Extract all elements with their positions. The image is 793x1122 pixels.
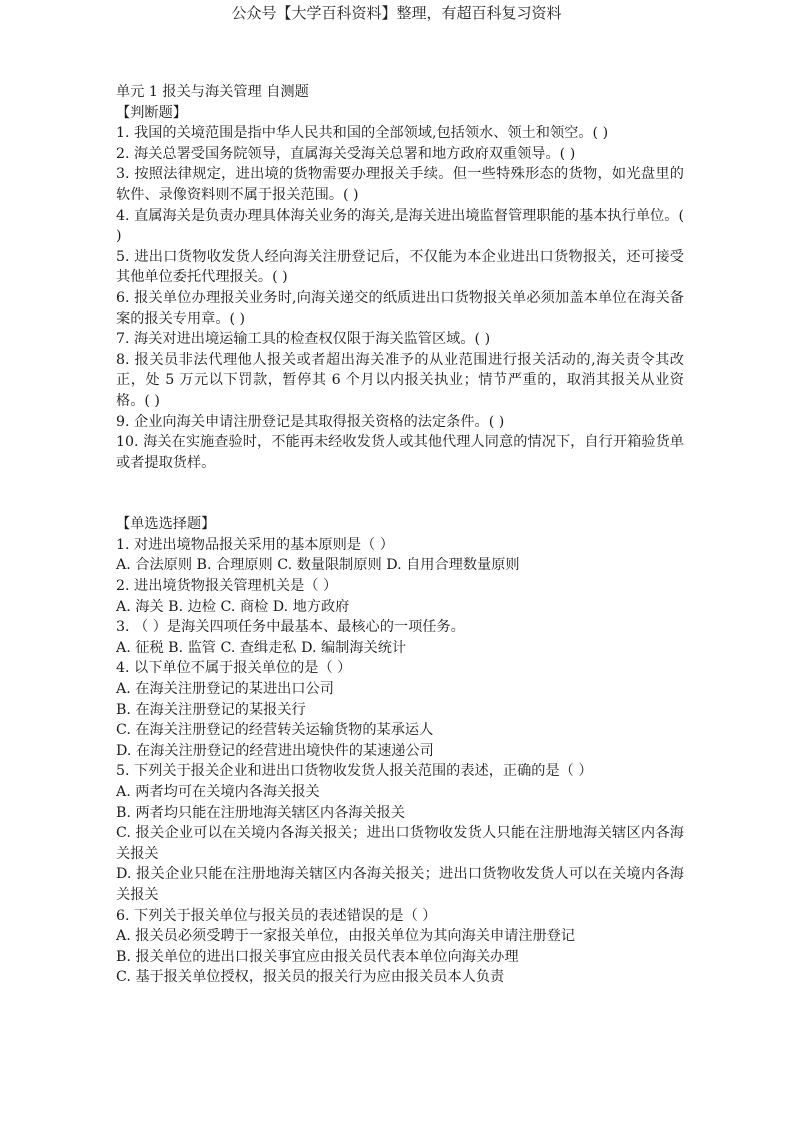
question-option: C. 基于报关单位授权，报关员的报关行为应由报关员本人负责: [116, 967, 684, 988]
question-item: 9. 企业向海关申请注册登记是其取得报关资格的法定条件。( ): [116, 412, 684, 433]
question-options: A. 征税 B. 监管 C. 查缉走私 D. 编制海关统计: [116, 638, 684, 659]
question-item: 8. 报关员非法代理他人报关或者超出海关准予的从业范围进行报关活动的,海关责令其…: [116, 350, 684, 412]
question-stem: 5. 下列关于报关企业和进出口货物收发货人报关范围的表述，正确的是（ ）: [116, 761, 684, 782]
question-stem: 4. 以下单位不属于报关单位的是（ ）: [116, 658, 684, 679]
question-option: B. 两者均只能在注册地海关辖区内各海关报关: [116, 803, 684, 824]
question-stem: 2. 进出境货物报关管理机关是（ ）: [116, 576, 684, 597]
section-spacer: [116, 473, 684, 514]
section-heading-single-choice: 【单选选择题】: [116, 514, 684, 535]
question-option: B. 报关单位的进出口报关事宜应由报关员代表本单位向海关办理: [116, 947, 684, 968]
question-options: A. 合法原则 B. 合理原则 C. 数量限制原则 D. 自用合理数量原则: [116, 555, 684, 576]
question-option: C. 报关企业可以在关境内各海关报关；进出口货物收发货人只能在注册地海关辖区内各…: [116, 823, 684, 864]
question-item: 10. 海关在实施查验时，不能再未经收发货人或其他代理人同意的情况下，自行开箱验…: [116, 432, 684, 473]
question-stem: 3. （ ）是海关四项任务中最基本、最核心的一项任务。: [116, 617, 684, 638]
question-option: A. 在海关注册登记的某进出口公司: [116, 679, 684, 700]
question-option: D. 在海关注册登记的经营进出境快件的某速递公司: [116, 741, 684, 762]
question-option: D. 报关企业只能在注册地海关辖区内各海关报关；进出口货物收发货人可以在关境内各…: [116, 864, 684, 905]
question-stem: 1. 对进出境物品报关采用的基本原则是（ ）: [116, 535, 684, 556]
question-item: 4. 直属海关是负责办理具体海关业务的海关,是海关进出境监督管理职能的基本执行单…: [116, 206, 684, 247]
single-choice-questions: 1. 对进出境物品报关采用的基本原则是（ ） A. 合法原则 B. 合理原则 C…: [116, 535, 684, 988]
question-item: 6. 报关单位办理报关业务时,向海关递交的纸质进出口货物报关单必须加盖本单位在海…: [116, 288, 684, 329]
question-option: B. 在海关注册登记的某报关行: [116, 700, 684, 721]
section-heading-true-false: 【判断题】: [116, 103, 684, 124]
question-option: A. 两者均可在关境内各海关报关: [116, 782, 684, 803]
document-title: 单元 1 报关与海关管理 自测题: [116, 82, 684, 103]
question-option: A. 报关员必须受聘于一家报关单位，由报关单位为其向海关申请注册登记: [116, 926, 684, 947]
question-item: 5. 进出口货物收发货人经向海关注册登记后，不仅能为本企业进出口货物报关，还可接…: [116, 247, 684, 288]
question-options: A. 海关 B. 边检 C. 商检 D. 地方政府: [116, 597, 684, 618]
question-item: 1. 我国的关境范围是指中华人民共和国的全部领域,包括领水、领土和领空。( ): [116, 123, 684, 144]
question-item: 3. 按照法律规定，进出境的货物需要办理报关手续。但一些特殊形态的货物，如光盘里…: [116, 164, 684, 205]
page-header-watermark: 公众号【大学百科资料】整理，有超百科复习资料: [0, 3, 793, 23]
question-stem: 6. 下列关于报关单位与报关员的表述错误的是（ ）: [116, 906, 684, 927]
true-false-questions: 1. 我国的关境范围是指中华人民共和国的全部领域,包括领水、领土和领空。( ) …: [116, 123, 684, 473]
question-item: 7. 海关对进出境运输工具的检查权仅限于海关监管区域。( ): [116, 329, 684, 350]
question-item: 2. 海关总署受国务院领导，直属海关受海关总署和地方政府双重领导。( ): [116, 144, 684, 165]
document-body: 单元 1 报关与海关管理 自测题 【判断题】 1. 我国的关境范围是指中华人民共…: [116, 82, 684, 988]
question-option: C. 在海关注册登记的经营转关运输货物的某承运人: [116, 720, 684, 741]
